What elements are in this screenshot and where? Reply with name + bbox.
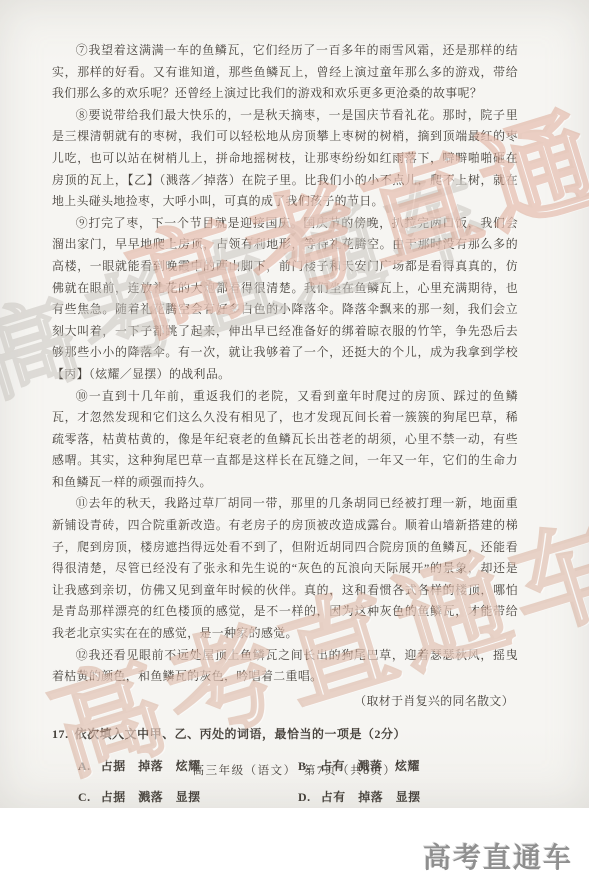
page-footer: 高三年级（语文） 第7页（共8页） — [0, 762, 589, 778]
passage-paragraph-8: ⑧要说带给我们最大快乐的，一是秋天摘枣，一是国庆节看礼花。那时，院子里是三棵清朝… — [52, 105, 518, 213]
passage-paragraph-12: ⑫我还看见眼前不远处屋顶上鱼鳞瓦之间长出的狗尾巴草，迎着瑟瑟秋风，摇曳着枯黄的颜… — [52, 645, 518, 688]
option-c-text: 占据 溅落 显摆 — [101, 790, 201, 804]
question-stem-row: 17.依次填入文中甲、乙、丙处的词语，最恰当的一项是（2分） — [52, 724, 518, 746]
option-d-label: D. — [298, 790, 311, 804]
option-c-label: C. — [78, 790, 91, 804]
passage-column: ⑦我望着这满满一车的鱼鳞瓦，它们经历了一百多年的雨雪风霜，还是那样的结实，那样的… — [52, 40, 518, 808]
option-d: D.占有 掉落 显摆 — [298, 785, 518, 808]
passage-paragraph-10: ⑩一直到十几年前，重返我们的老院，又看到童年时爬过的房顶、踩过的鱼鳞瓦，才忽然发… — [52, 386, 518, 494]
passage-paragraph-11: ⑪去年的秋天，我路过草厂胡同一带，那里的几条胡同已经被打理一新，地面重新铺设青砖… — [52, 493, 518, 644]
question-stem: 依次填入文中甲、乙、丙处的词语，最恰当的一项是（2分） — [75, 727, 406, 741]
passage-paragraph-9: ⑨打完了枣，下一个节目就是迎接国庆。国庆节的傍晚，扒拉完两口饭，我们会溜出家门，… — [52, 213, 518, 386]
option-c: C.占据 溅落 显摆 — [78, 785, 298, 808]
exam-page-scan: 高考直通车 高考直通车 高考直通车 ⑦我望着这满满一车的鱼鳞瓦，它们经历了一百多… — [0, 0, 589, 808]
brand-logo: 高考直通车 — [423, 836, 573, 876]
question-number: 17. — [52, 727, 69, 741]
passage-paragraph-7: ⑦我望着这满满一车的鱼鳞瓦，它们经历了一百多年的雨雪风霜，还是那样的结实，那样的… — [52, 40, 518, 105]
screenshot-root: 高考直通车 高考直通车 高考直通车 ⑦我望着这满满一车的鱼鳞瓦，它们经历了一百多… — [0, 0, 589, 888]
option-d-text: 占有 掉落 显摆 — [321, 790, 421, 804]
passage-attribution: （取材于肖复兴的同名散文） — [52, 691, 518, 713]
